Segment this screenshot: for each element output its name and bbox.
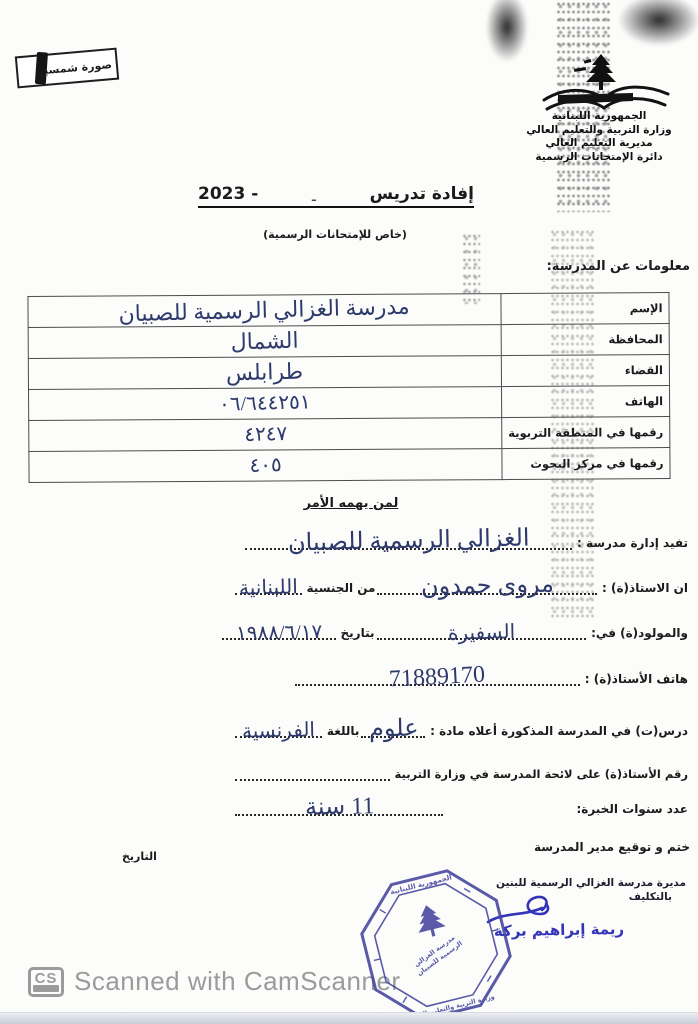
field-label: تفيد إدارة مدرسة : [572,536,690,550]
certify-line: تفيد إدارة مدرسة : الغزالي الرسمية للصبي… [245,536,690,550]
handwritten-experience: 11 سنة [304,794,374,819]
teacher-phone-line: هاتف الأستاذ(ة) : 71889170 [295,672,690,686]
dotted-line [235,767,390,781]
row-label: الإسم [501,293,669,325]
school-stamp-icon: الجمهورية اللبنانية مدرسة الغزالي الرسمي… [350,866,522,1024]
date-label: التاريخ [122,850,157,863]
handwritten-birthdate: ١٩٨٨/٦/١٧ [235,622,322,644]
handwritten-school-name: الغزالي الرسمية للصبيان [287,526,529,555]
field-label: ان الاستاذ(ة) : [597,581,690,595]
directorate-line: مديرية التعليم العالي [508,137,690,151]
school-info-heading: معلومات عن المدرسة: [547,259,690,274]
list-number-line: رقم الأستاذ(ة) على لائحة المدرسة في وزار… [235,767,690,781]
republic-line: الجمهورية اللبنانية [508,110,690,124]
camscanner-badge-icon: CS [28,967,64,997]
field-label: باللغة [322,724,361,738]
row-value: طرابلس [28,356,501,390]
birth-line: والمولود(ة) في: السفيرة بتاريخ ١٩٨٨/٦/١٧ [222,626,690,640]
ministry-line: وزارة التربية والتعليم العالي [508,124,690,138]
handwritten-teacher-phone: 71889170 [389,663,486,692]
stamp-sign-heading: ختم و توقيع مدير المدرسة [534,840,690,854]
dotted-line: السفيرة [377,626,587,640]
exams-dept-line: دائرة الإمتحانات الرسمية [508,151,690,165]
scan-artifact [486,0,528,62]
camscanner-watermark: CS Scanned with CamScanner [28,966,401,997]
dotted-line: الغزالي الرسمية للصبيان [245,536,572,550]
handwritten-subject: علوم [368,716,418,741]
row-value: ٠٦/٦٤٤٢٥١ [29,387,502,421]
page-title: إفادة تدريس ـ - 2023 [198,184,474,208]
subject-line: درس(ت) في المدرسة المذكورة أعلاه مادة : … [235,724,690,738]
handwritten-value: الشمال [230,330,298,354]
handwritten-value: مدرسة الغزالي الرسمية للصبيان [119,296,411,326]
row-label: رقمها في مركز البحوث [502,448,670,480]
bottom-scan-strip [0,1012,698,1024]
dotted-line: 71889170 [295,672,580,686]
teacher-line: ان الاستاذ(ة) : مروى حمدون من الجنسية ال… [235,581,690,595]
table-row: المحافظة الشمال [28,324,669,359]
photo-box: صورة شمسية [15,48,119,89]
title-subtitle: (خاص للإمتحانات الرسمية) [235,228,435,241]
scanned-document-page: صورة شمسية الجمهورية اللبنانية وزارة الت… [0,0,698,1024]
handwritten-value: ٤٠٥ [249,455,282,476]
field-label: رقم الأستاذ(ة) على لائحة المدرسة في وزار… [390,767,690,781]
handwritten-birthplace: السفيرة [448,622,516,643]
ink-blob [35,52,48,85]
table-row: الإسم مدرسة الغزالي الرسمية للصبيان [28,293,669,328]
experience-line: عدد سنوات الخبرة: 11 سنة [235,802,690,816]
handwritten-language: الفرنسية [242,720,315,742]
ministry-header: الجمهورية اللبنانية وزارة التربية والتعل… [508,110,690,165]
row-label: رقمها في المنطقة التربوية [502,417,670,449]
row-value: ٤٢٤٧ [29,418,502,452]
table-row: الهاتف ٠٦/٦٤٤٢٥١ [29,386,670,421]
handwritten-nationality: اللبنانية [239,577,298,598]
row-value: مدرسة الغزالي الرسمية للصبيان [28,294,501,328]
handwritten-value: ٠٦/٦٤٤٢٥١ [219,392,311,414]
field-label: هاتف الأستاذ(ة) : [580,672,690,686]
table-row: رقمها في المنطقة التربوية ٤٢٤٧ [29,417,670,452]
title-mid-dash: ـ [312,190,316,204]
field-label: درس(ت) في المدرسة المذكورة أعلاه مادة : [425,724,690,738]
title-year: - 2023 [198,184,258,204]
to-whom-heading: لمن يهمه الأمر [296,496,406,511]
dotted-line: ١٩٨٨/٦/١٧ [222,626,336,640]
row-value: الشمال [28,325,501,359]
table-row: القضاء طرابلس [28,355,669,390]
field-label: بتاريخ [336,626,377,640]
table-row: رقمها في مركز البحوث ٤٠٥ [29,448,670,483]
handwritten-teacher-name: مروى حمدون [421,573,554,600]
dotted-line: 11 سنة [235,802,443,816]
school-info-table: الإسم مدرسة الغزالي الرسمية للصبيان المح… [27,292,670,483]
field-label: عدد سنوات الخبرة: [571,802,690,816]
dotted-line: اللبنانية [235,581,302,595]
handwritten-value: طرابلس [226,360,304,384]
scan-artifact [618,0,698,46]
row-label: المحافظة [501,324,669,356]
dotted-line: مروى حمدون [377,581,597,595]
handwritten-value: ٤٢٤٧ [244,424,287,445]
photo-box-label: صورة شمسية [37,57,117,77]
row-value: ٤٠٥ [29,449,502,483]
field-label: من الجنسية [302,581,378,595]
dotted-line: علوم [361,724,425,738]
dotted-line: الفرنسية [235,724,322,738]
row-label: القضاء [501,355,669,387]
field-label: والمولود(ة) في: [586,626,690,640]
title-text: إفادة تدريس [370,184,474,204]
row-label: الهاتف [501,386,669,418]
